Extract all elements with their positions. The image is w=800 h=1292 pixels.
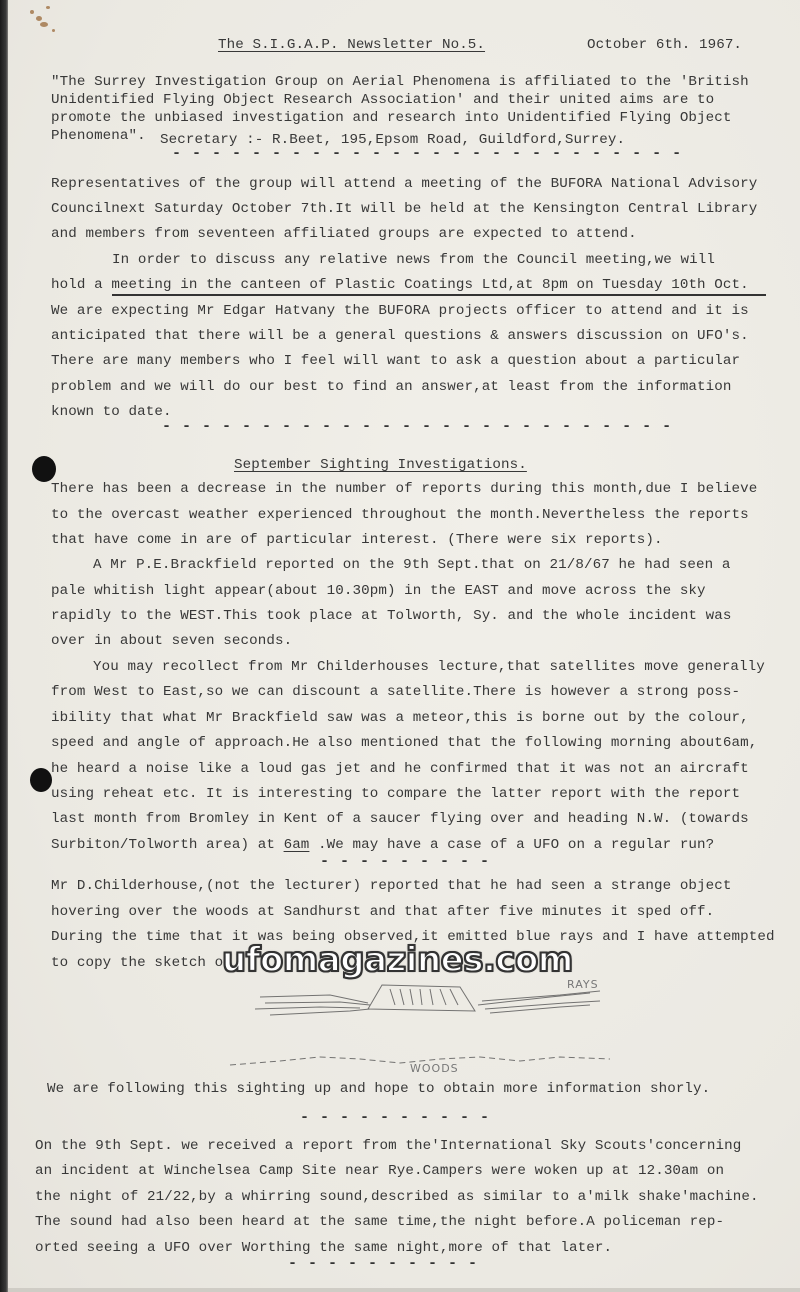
- winchelsea-line: On the 9th Sept. we received a report fr…: [35, 1138, 741, 1154]
- meeting-line: Representatives of the group will attend…: [51, 176, 757, 192]
- meeting-line: We are expecting Mr Edgar Hatvany the BU…: [51, 303, 749, 319]
- sketch-label-woods: WOODS: [410, 1062, 459, 1075]
- separator: - - - - - - - - - - - - - - - - - - - - …: [162, 418, 672, 435]
- punch-hole: [30, 768, 52, 792]
- section-heading: September Sighting Investigations.: [234, 457, 527, 473]
- separator: - - - - - - - - -: [320, 853, 490, 870]
- meeting-prefix: hold a: [51, 277, 111, 293]
- intro-line: Phenomena".: [51, 128, 146, 144]
- punch-hole: [32, 456, 56, 482]
- sept-line: that have come in are of particular inte…: [51, 532, 663, 548]
- newsletter-title: The S.I.G.A.P. Newsletter No.5.: [218, 37, 485, 53]
- recollect-line: You may recollect from Mr Childerhouses …: [93, 659, 765, 675]
- intro-line: Unidentified Flying Object Research Asso…: [51, 92, 714, 108]
- stain: [52, 29, 55, 32]
- meeting-announcement: hold a meeting in the canteen of Plastic…: [51, 277, 749, 293]
- meeting-line: In order to discuss any relative news fr…: [112, 252, 715, 268]
- meeting-line: anticipated that there will be a general…: [51, 328, 749, 344]
- childerhouse-line: hovering over the woods at Sandhurst and…: [51, 904, 714, 920]
- recollect-last-line: Surbiton/Tolworth area) at 6am .We may h…: [51, 837, 714, 853]
- text-span: Surbiton/Tolworth area) at: [51, 837, 284, 853]
- winchelsea-line: The sound had also been heard at the sam…: [35, 1214, 724, 1230]
- separator: - - - - - - - - - -: [300, 1109, 490, 1126]
- newsletter-date: October 6th. 1967.: [587, 37, 742, 53]
- meeting-line: There are many members who I feel will w…: [51, 353, 740, 369]
- recollect-line: he heard a noise like a loud gas jet and…: [51, 761, 749, 777]
- recollect-line: using reheat etc. It is interesting to c…: [51, 786, 740, 802]
- scan-bottom-edge: [8, 1288, 800, 1292]
- winchelsea-line: the night of 21/22,by a whirring sound,d…: [35, 1189, 759, 1205]
- childerhouse-line: to copy the sketch o: [51, 955, 223, 971]
- meeting-line: problem and we will do our best to find …: [51, 379, 732, 395]
- sept-line: There has been a decrease in the number …: [51, 481, 757, 497]
- meeting-line: and members from seventeen affiliated gr…: [51, 226, 637, 242]
- watermark: ufomagazines.com: [222, 940, 573, 980]
- recollect-line: ibility that what Mr Brackfield saw was …: [51, 710, 749, 726]
- underline: [112, 294, 766, 296]
- intro-line: promote the unbiased investigation and r…: [51, 110, 732, 126]
- stain: [30, 10, 34, 14]
- text-span: .We may have a case of a UFO on a regula…: [309, 837, 714, 853]
- brackfield-line: A Mr P.E.Brackfield reported on the 9th …: [93, 557, 730, 573]
- brackfield-line: pale whitish light appear(about 10.30pm)…: [51, 583, 706, 599]
- meeting-details: meeting in the canteen of Plastic Coatin…: [111, 277, 748, 293]
- stain: [46, 6, 50, 9]
- brackfield-line: rapidly to the WEST.This took place at T…: [51, 608, 732, 624]
- recollect-line: last month from Bromley in Kent of a sau…: [51, 811, 749, 827]
- stain: [40, 22, 48, 27]
- winchelsea-line: orted seeing a UFO over Worthing the sam…: [35, 1240, 612, 1256]
- recollect-line: from West to East,so we can discount a s…: [51, 684, 740, 700]
- stain: [36, 16, 42, 21]
- winchelsea-line: an incident at Winchelsea Camp Site near…: [35, 1163, 724, 1179]
- meeting-line: Councilnext Saturday October 7th.It will…: [51, 201, 757, 217]
- brackfield-line: over in about seven seconds.: [51, 633, 292, 649]
- separator: - - - - - - - - - -: [288, 1255, 478, 1272]
- sept-line: to the overcast weather experienced thro…: [51, 507, 749, 523]
- recollect-line: speed and angle of approach.He also ment…: [51, 735, 757, 751]
- meeting-line: known to date.: [51, 404, 172, 420]
- childerhouse-line: Mr D.Childerhouse,(not the lecturer) rep…: [51, 878, 732, 894]
- follow-up-line: We are following this sighting up and ho…: [47, 1081, 710, 1097]
- intro-line: "The Surrey Investigation Group on Aeria…: [51, 74, 749, 90]
- separator: - - - - - - - - - - - - - - - - - - - - …: [172, 145, 682, 162]
- underlined-time: 6am: [284, 837, 310, 853]
